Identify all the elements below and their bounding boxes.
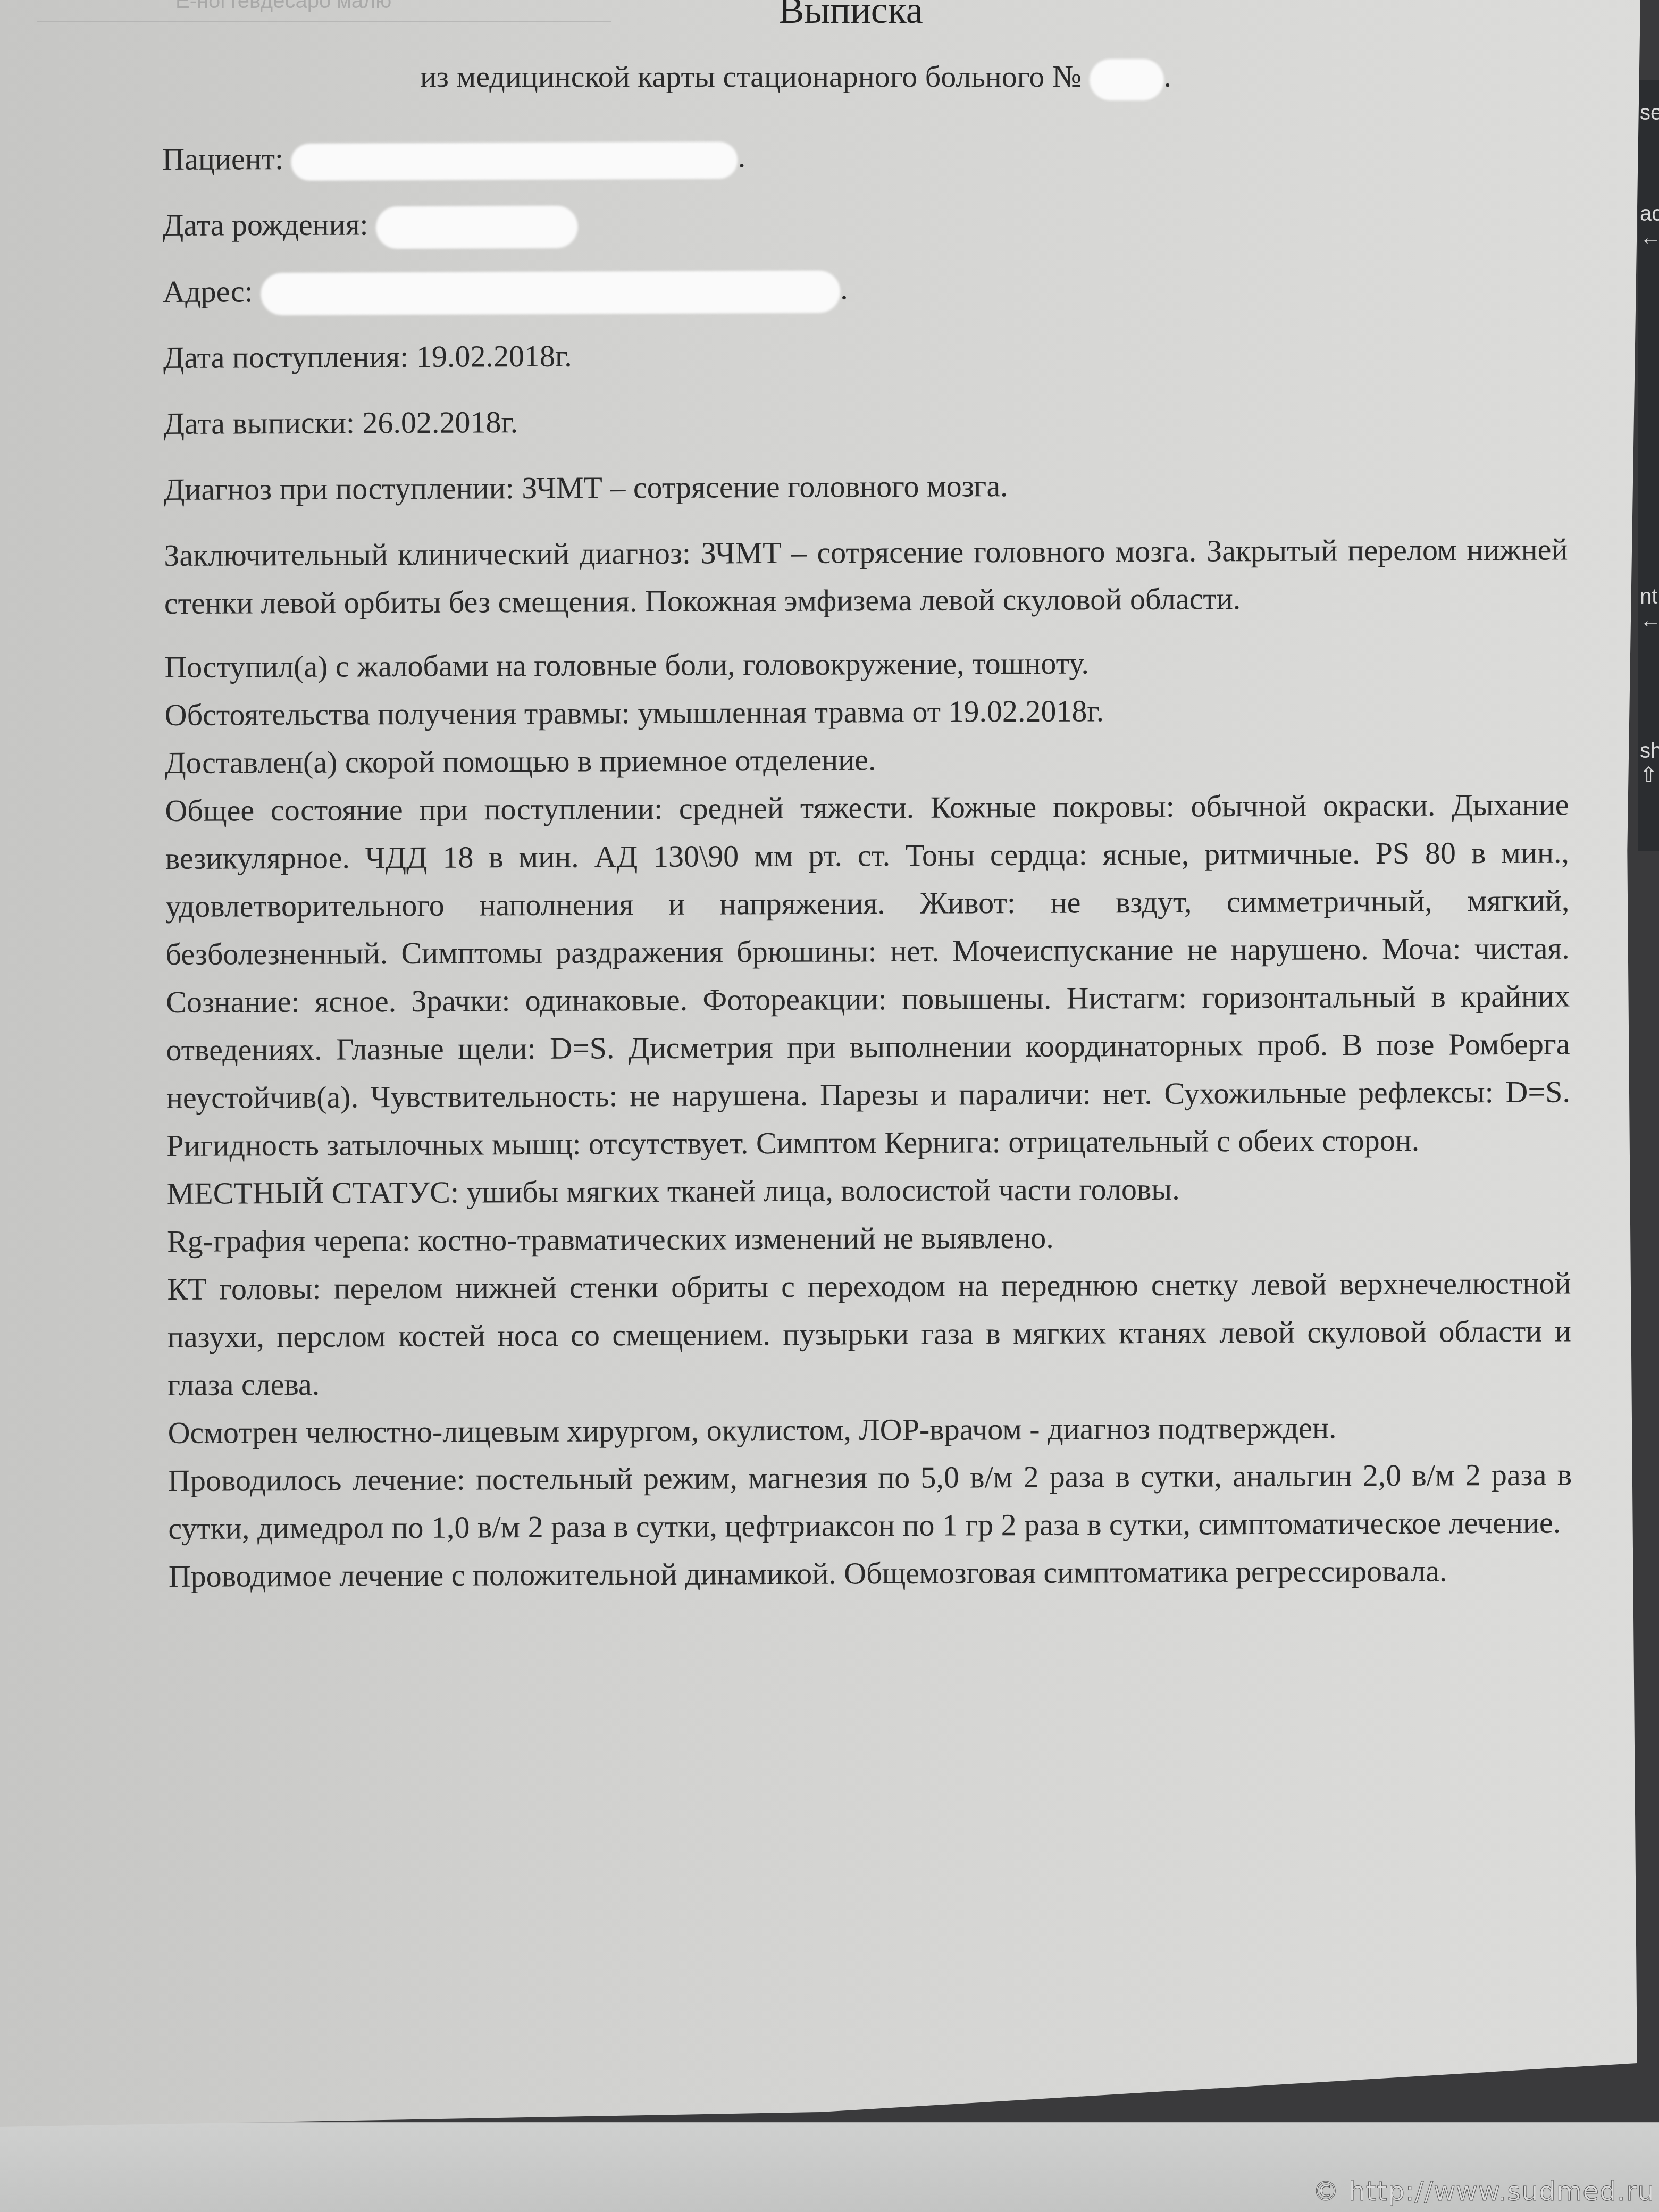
keyboard-key: ac ←	[1640, 202, 1659, 250]
field-label: Пациент:	[162, 141, 283, 177]
subtitle-text: из медицинской карты стационарного больн…	[420, 59, 1082, 94]
redacted-card-number	[1090, 59, 1164, 100]
clinical-course: Поступил(а) с жалобами на головные боли,…	[164, 638, 1572, 1601]
field-label: Адрес:	[163, 274, 253, 309]
keyboard-key: se	[1640, 101, 1659, 125]
ct-result: КТ головы: перелом нижней стенки обриты …	[167, 1260, 1571, 1410]
field-admission-date: Дата поступления: 19.02.2018г.	[163, 328, 1567, 382]
treatment: Проводилось лечение: постельный режим, м…	[168, 1451, 1572, 1553]
document-page: Е-ногтевдесаро малю Выписка из медицинск…	[0, 0, 1640, 2127]
injury-circumstances: Обстоятельства получения травмы: умышлен…	[165, 685, 1569, 740]
keyboard-key: sh ⇧	[1640, 739, 1659, 787]
field-address: Адрес: .	[163, 262, 1566, 316]
field-value: 26.02.2018г.	[362, 405, 518, 440]
xray-result: Rg-графия черепа: костно-травматических …	[167, 1212, 1571, 1266]
field-discharge-date: Дата выписки: 26.02.2018г.	[163, 394, 1567, 448]
consultations: Осмотрен челюстно-лицевым хирургом, окул…	[167, 1403, 1571, 1457]
watermark: © http://www.sudmed.ru	[1312, 2176, 1655, 2207]
document-body: Пациент: . Дата рождения: Адрес: . Дата …	[162, 129, 1572, 1601]
field-value: ЗЧМТ – сотрясение головного мозга.	[522, 468, 1008, 505]
admission-status: Общее состояние при поступлении: средней…	[165, 781, 1570, 1170]
document-title: Выписка	[0, 0, 1659, 32]
field-label: Дата поступления:	[163, 339, 409, 375]
keyboard-background: se ac ← nt ← sh ⇧	[1638, 80, 1659, 851]
field-admission-diagnosis: Диагноз при поступлении: ЗЧМТ – сотрясен…	[164, 460, 1568, 514]
field-birth-date: Дата рождения:	[163, 195, 1566, 249]
local-status: МЕСТНЫЙ СТАТУС: ушибы мягких тканей лица…	[166, 1164, 1570, 1218]
field-label: Диагноз при поступлении:	[164, 471, 514, 507]
outcome: Проводимое лечение с положительной динам…	[169, 1547, 1572, 1601]
field-label: Дата выписки:	[163, 406, 355, 441]
document-subtitle: из медицинской карты стационарного больн…	[420, 58, 1171, 100]
keyboard-key: nt ←	[1640, 585, 1659, 633]
redacted-address	[261, 271, 840, 316]
final-diagnosis: Заключительный клинический диагноз: ЗЧМТ…	[164, 526, 1568, 628]
field-label: Заключительный клинический диагноз:	[164, 536, 691, 573]
redacted-birth-date	[376, 205, 578, 249]
complaints: Поступил(а) с жалобами на головные боли,…	[164, 638, 1568, 692]
redacted-patient-name	[291, 141, 738, 181]
field-label: Дата рождения:	[163, 207, 368, 242]
field-patient: Пациент: .	[162, 129, 1566, 183]
field-value: 19.02.2018г.	[416, 339, 572, 374]
delivery-note: Доставлен(а) скорой помощью в приемное о…	[165, 733, 1569, 787]
